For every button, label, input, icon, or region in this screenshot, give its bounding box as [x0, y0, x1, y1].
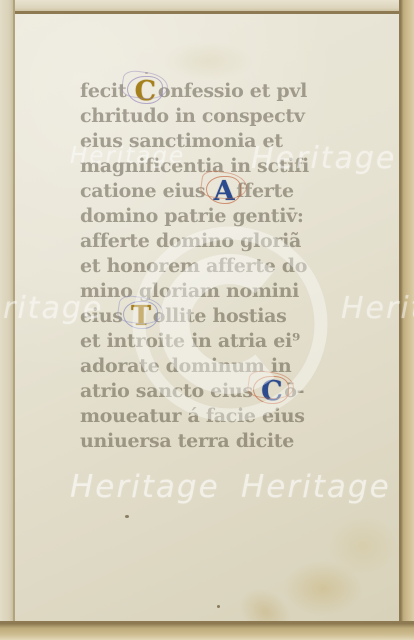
page-edge-left [0, 0, 15, 640]
text-segment: ollite hostias [153, 305, 287, 327]
page-edge-bottom [0, 621, 414, 640]
text-line: catione eius Afferte [80, 179, 340, 204]
text-segment: catione eius [80, 180, 212, 202]
manuscript-photo: fecit Confessio et pvlchritudo in conspe… [0, 0, 414, 640]
text-line: domino patrie gentiv̄: [80, 204, 340, 229]
page-edge-right [399, 0, 414, 640]
text-block: fecit Confessio et pvlchritudo in conspe… [80, 79, 340, 454]
text-segment: mino gloriam nomini [80, 280, 299, 302]
parchment-stain [328, 516, 398, 576]
parchment-stain [163, 41, 253, 81]
text-line: adorate dominum in [80, 354, 340, 379]
manuscript-leaf: fecit Confessio et pvlchritudo in conspe… [13, 11, 399, 621]
text-line: eius sanctimonia et [80, 129, 340, 154]
text-segment: et honorem afferte do [80, 255, 307, 277]
illuminated-initial: C [260, 383, 283, 401]
text-segment: et introite in atria ei⁹ [80, 330, 300, 352]
text-segment: domino patrie gentiv̄: [80, 205, 304, 227]
page-edge-top [0, 0, 414, 14]
text-segment: atrio sancto eius [80, 380, 259, 402]
text-segment: afferte domino gloriã [80, 230, 301, 252]
text-line: et introite in atria ei⁹ [80, 329, 340, 354]
text-segment: chritudo in conspectv [80, 105, 305, 127]
text-segment: magnificentia in sctifi [80, 155, 309, 177]
text-segment: eius sanctimonia et [80, 130, 283, 152]
text-line: eius Tollite hostias [80, 304, 340, 329]
text-segment: onfessio et pvl [158, 80, 307, 102]
parchment-speck [217, 605, 220, 608]
text-segment: uniuersa terra dicite [80, 430, 294, 452]
text-line: chritudo in conspectv [80, 104, 340, 129]
text-segment: moueatur á facie eius [80, 405, 305, 427]
text-line: atrio sancto eius Cō- [80, 379, 340, 404]
illuminated-initial: T [130, 308, 152, 326]
text-line: et honorem afferte do [80, 254, 340, 279]
text-line: afferte domino gloriã [80, 229, 340, 254]
illuminated-initial: C [134, 83, 157, 101]
text-line: uniuersa terra dicite [80, 429, 340, 454]
text-line: moueatur á facie eius [80, 404, 340, 429]
illuminated-initial: A [213, 183, 236, 201]
text-line: fecit Confessio et pvl [80, 79, 340, 104]
parchment-speck [125, 515, 129, 518]
